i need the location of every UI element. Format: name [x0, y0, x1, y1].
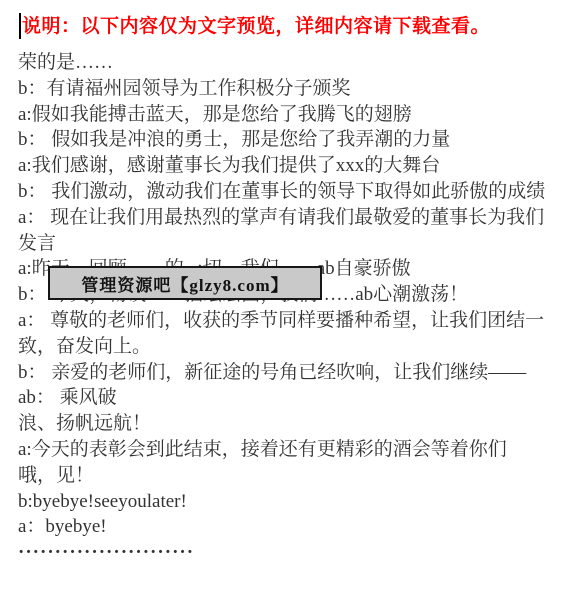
- text-line: b： 我们激动，激动我们在董事长的领导下取得如此骄傲的成绩: [18, 179, 578, 205]
- text-cursor: [19, 13, 21, 39]
- text-line: 致，奋发向上。: [18, 334, 578, 360]
- text-line: b:byebye!seeyoulater!: [18, 489, 578, 515]
- text-preview-body: 荣的是…… b：有请福州园领导为工作积极分子颁奖 a:假如我能搏击蓝天，那是您给…: [18, 50, 578, 566]
- watermark-label: 管理资源吧【glzy8.com】: [81, 271, 288, 296]
- text-line: 哦，见！: [18, 463, 578, 489]
- text-line: 发言: [18, 231, 578, 257]
- text-line: 荣的是……: [18, 50, 578, 76]
- text-line: b： 亲爱的老师们，新征途的号角已经吹响，让我们继续——: [18, 360, 578, 386]
- text-line: a： 尊敬的老师们，收获的季节同样要播种希望，让我们团结一: [18, 308, 578, 334]
- text-line: a：byebye!: [18, 514, 578, 540]
- text-line: 浪、扬帆远航！: [18, 411, 578, 437]
- text-line: a:今天的表彰会到此结束，接着还有更精彩的酒会等着你们: [18, 437, 578, 463]
- document-preview-page: 说明：以下内容仅为文字预览，详细内容请下载查看。 荣的是…… b：有请福州园领导…: [0, 0, 578, 600]
- text-line: a： 现在让我们用最热烈的掌声有请我们最敬爱的董事长为我们: [18, 205, 578, 231]
- text-line: ab： 乘风破: [18, 385, 578, 411]
- text-line: b： 假如我是冲浪的勇士，那是您给了我弄潮的力量: [18, 127, 578, 153]
- watermark-badge: 管理资源吧【glzy8.com】: [48, 266, 322, 300]
- text-line: a:我们感谢，感谢董事长为我们提供了xxx的大舞台: [18, 153, 578, 179]
- ellipsis-line: ························: [18, 540, 578, 566]
- text-line: a:假如我能搏击蓝天，那是您给了我腾飞的翅膀: [18, 102, 578, 128]
- preview-notice: 说明：以下内容仅为文字预览，详细内容请下载查看。: [22, 14, 490, 40]
- text-line: b：有请福州园领导为工作积极分子颁奖: [18, 76, 578, 102]
